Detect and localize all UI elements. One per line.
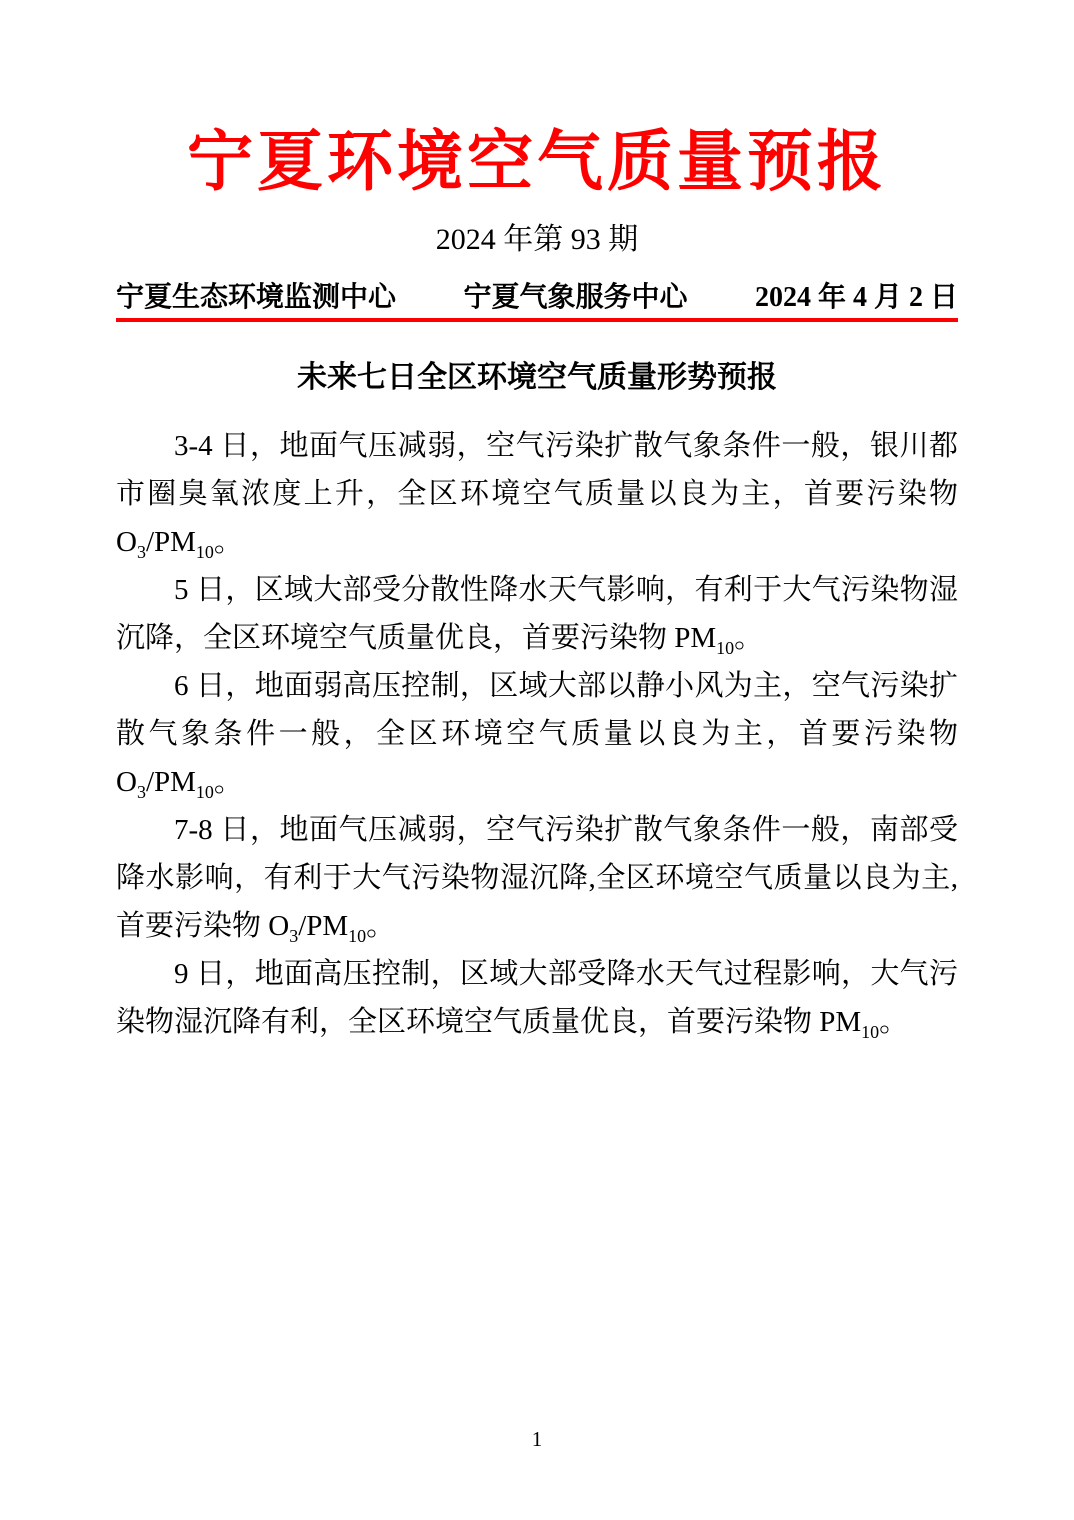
text-segment: 。 bbox=[214, 526, 243, 558]
forecast-paragraph: 6 日，地面弱高压控制，区域大部以静小风为主，空气污染扩散气象条件一般，全区环境… bbox=[116, 662, 958, 806]
forecast-paragraph: 9 日，地面高压控制，区域大部受降水天气过程影响，大气污染物湿沉降有利，全区环境… bbox=[116, 950, 958, 1046]
issuer-left: 宁夏生态环境监测中心 bbox=[116, 282, 396, 313]
text-segment: 9 日，地面高压控制，区域大部受降水天气过程影响，大气污染物湿沉降有利，全区环境… bbox=[116, 958, 958, 1038]
section-title: 未来七日全区环境空气质量形势预报 bbox=[116, 360, 958, 396]
subscript-text: 10 bbox=[861, 1022, 879, 1042]
subscript-text: 10 bbox=[348, 926, 366, 946]
forecast-paragraph: 3-4 日，地面气压减弱，空气污染扩散气象条件一般，银川都市圈臭氧浓度上升，全区… bbox=[116, 422, 958, 566]
red-divider-line bbox=[116, 318, 958, 322]
text-segment: /PM bbox=[146, 526, 196, 558]
text-segment: 。 bbox=[214, 766, 243, 798]
subscript-text: 10 bbox=[196, 542, 214, 562]
subscript-text: 3 bbox=[137, 782, 146, 802]
document-title: 宁夏环境空气质量预报 bbox=[116, 124, 958, 202]
subscript-text: 10 bbox=[196, 782, 214, 802]
forecast-body: 3-4 日，地面气压减弱，空气污染扩散气象条件一般，银川都市圈臭氧浓度上升，全区… bbox=[116, 422, 958, 1046]
text-segment: /PM bbox=[146, 766, 196, 798]
issuer-center: 宁夏气象服务中心 bbox=[463, 282, 687, 313]
forecast-paragraph: 7-8 日，地面气压减弱，空气污染扩散气象条件一般，南部受降水影响，有利于大气污… bbox=[116, 806, 958, 950]
subscript-text: 3 bbox=[289, 926, 298, 946]
issue-number: 2024 年第 93 期 bbox=[116, 222, 958, 258]
text-segment: 7-8 日，地面气压减弱，空气污染扩散气象条件一般，南部受降水影响，有利于大气污… bbox=[116, 814, 958, 942]
subscript-text: 3 bbox=[137, 542, 146, 562]
forecast-paragraph: 5 日，区域大部受分散性降水天气影响，有利于大气污染物湿沉降，全区环境空气质量优… bbox=[116, 566, 958, 662]
page-number: 1 bbox=[0, 1426, 1074, 1452]
text-segment: 。 bbox=[366, 910, 395, 942]
text-segment: 。 bbox=[879, 1006, 908, 1038]
text-segment: 5 日，区域大部受分散性降水天气影响，有利于大气污染物湿沉降，全区环境空气质量优… bbox=[116, 574, 958, 654]
subscript-text: 10 bbox=[716, 638, 734, 658]
text-segment: /PM bbox=[298, 910, 348, 942]
issuer-row: 宁夏生态环境监测中心 宁夏气象服务中心 2024 年 4 月 2 日 bbox=[116, 282, 958, 313]
document-page: 宁夏环境空气质量预报 2024 年第 93 期 宁夏生态环境监测中心 宁夏气象服… bbox=[0, 0, 1074, 1520]
text-segment: 。 bbox=[734, 622, 763, 654]
issue-date: 2024 年 4 月 2 日 bbox=[755, 282, 958, 313]
